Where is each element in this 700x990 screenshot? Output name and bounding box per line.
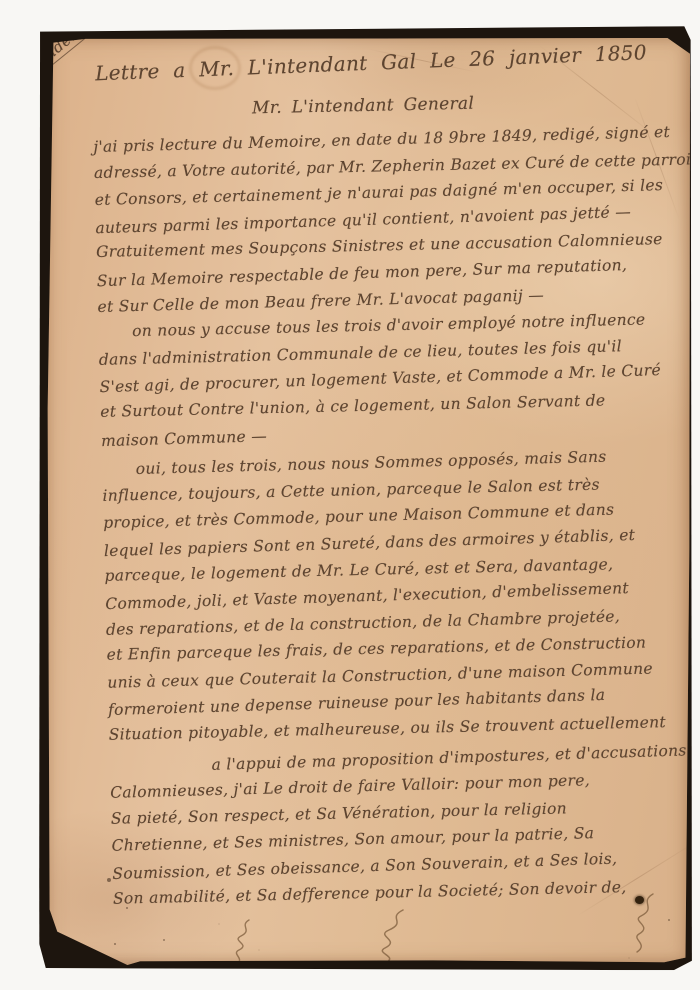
letter-salutation: Mr. L'intendant General — [252, 94, 474, 119]
letter-body: j'ai pris lecture du Memoire, en date du… — [93, 119, 691, 913]
ink-speckles — [107, 878, 111, 882]
letter-title-line: Lettre a Mr. L'intendant Gal Le 26 janvi… — [95, 39, 685, 86]
ink-showthrough-flourish — [225, 916, 259, 968]
scanned-letter-page: Confidentielle Lettre a Mr. L'intendant … — [0, 0, 700, 990]
ink-showthrough-flourish — [623, 890, 663, 956]
ink-showthrough-flourish — [369, 906, 413, 966]
letter-paper: Confidentielle Lettre a Mr. L'intendant … — [47, 38, 690, 965]
